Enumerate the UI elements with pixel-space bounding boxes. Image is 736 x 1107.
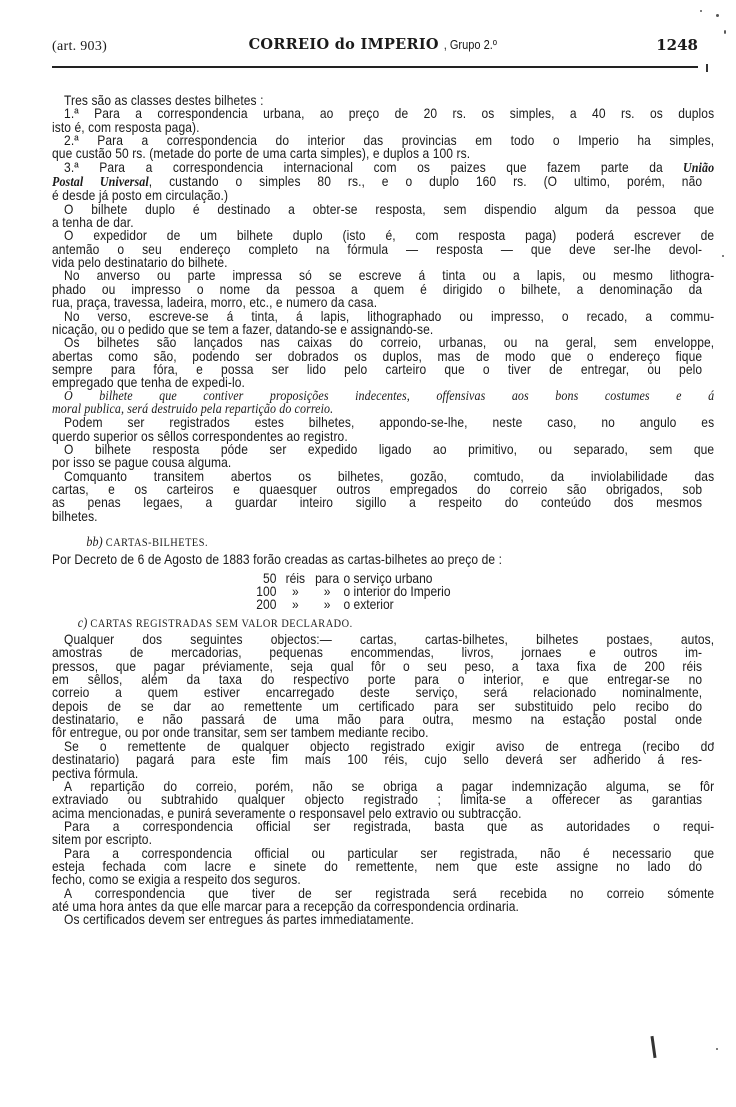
- paragraph: 2.ª Para a correspondencia do interior d…: [52, 134, 702, 161]
- section-title: CARTAS-BILHETES.: [106, 535, 208, 549]
- scan-speck: [724, 30, 726, 34]
- section-heading-c: c) CARTAS REGISTRADAS SEM VALOR DECLARAD…: [52, 616, 702, 630]
- paragraph: Por Decreto de 6 de Agosto de 1883 forão…: [52, 553, 702, 566]
- section-label: bb): [86, 535, 105, 550]
- margin-mark: [706, 64, 708, 72]
- text-line: Por Decreto de 6 de Agosto de 1883 forão…: [52, 553, 611, 566]
- price-unit: »: [276, 598, 314, 611]
- page-number: 1248: [656, 36, 698, 54]
- section-heading-line: c) CARTAS REGISTRADAS SEM VALOR DECLARAD…: [52, 616, 611, 630]
- paragraph: O bilhete resposta póde ser expedido lig…: [52, 443, 702, 470]
- paragraph: No verso, escreve-se á tinta, á lapis, l…: [52, 310, 702, 337]
- price-amount: 200: [242, 598, 276, 611]
- paragraph: No anverso ou parte impressa só se escre…: [52, 269, 702, 309]
- paragraph: A repartição do correio, porém, não se o…: [52, 780, 702, 820]
- section-heading-line: bb) CARTAS-BILHETES.: [52, 535, 611, 549]
- header-title-bold: CORREIO do IMPERIO: [249, 36, 439, 53]
- price-row: 100»»o interior do Imperio: [242, 585, 638, 598]
- paragraph: O bilhete que contiver proposições indec…: [52, 390, 702, 417]
- header-title-group: , Grupo 2.º: [444, 37, 497, 52]
- scan-speck: [716, 14, 719, 17]
- running-header: (art. 903) CORREIO do IMPERIO, Grupo 2.º…: [52, 36, 698, 58]
- text-line: bilhetes.: [52, 510, 611, 523]
- paragraph: Os certificados devem ser entregues ás p…: [52, 913, 702, 926]
- section-heading-bb: bb) CARTAS-BILHETES.: [52, 535, 702, 549]
- scan-speck: [722, 255, 724, 257]
- price-prep: »: [314, 598, 340, 611]
- section-title: CARTAS REGISTRADAS SEM VALOR DECLARADO.: [90, 616, 352, 630]
- paragraph: 1.ª Para a correspondencia urbana, ao pr…: [52, 107, 702, 134]
- price-description: o exterior: [340, 598, 394, 611]
- body-text: Tres são as classes destes bilhetes :1.ª…: [52, 94, 702, 927]
- text-line: as penas legaes, a guardar inteiro sigil…: [52, 496, 702, 509]
- paragraph: Podem ser registrados estes bilhetes, ap…: [52, 416, 702, 443]
- scan-speck: [712, 742, 714, 745]
- text-line: O bilhete duplo é destinado a obter-se r…: [52, 203, 714, 216]
- margin-ink-mark: [650, 1036, 656, 1058]
- paragraph: Para a correspondencia official ser regi…: [52, 820, 702, 847]
- paragraph: Qualquer dos seguintes objectos:— cartas…: [52, 633, 702, 740]
- paragraph: 3.ª Para a correspondencia internacional…: [52, 161, 702, 203]
- scan-speck: [700, 10, 702, 12]
- header-title: CORREIO do IMPERIO, Grupo 2.º: [52, 36, 698, 54]
- text-line: destinatario) pagará para este fim mais …: [52, 753, 702, 766]
- text-line: empregado que tenha de expedi-lo.: [52, 376, 611, 389]
- paragraph: Para a correspondencia official ou parti…: [52, 847, 702, 887]
- section-label: c): [78, 616, 91, 631]
- paragraph: Os bilhetes são lançados nas caixas do c…: [52, 336, 702, 389]
- header-rule: [52, 66, 698, 68]
- paragraph: Se o remettente de qualquer objecto regi…: [52, 740, 702, 780]
- paragraph: O bilhete duplo é destinado a obter-se r…: [52, 203, 702, 230]
- text-line: O bilhete que contiver proposições indec…: [52, 390, 714, 403]
- paragraph: O expedidor de um bilhete duplo (isto é,…: [52, 229, 702, 269]
- paragraph: Comquanto transitem abertos os bilhetes,…: [52, 470, 702, 523]
- price-table: 50réisparao serviço urbano100»»o interio…: [242, 572, 702, 612]
- text-line: Os certificados devem ser entregues ás p…: [52, 913, 611, 926]
- scan-speck: [716, 1048, 718, 1050]
- price-row: 200»»o exterior: [242, 598, 638, 611]
- scanned-page: (art. 903) CORREIO do IMPERIO, Grupo 2.º…: [0, 0, 736, 1107]
- paragraph: A correspondencia que tiver de ser regis…: [52, 887, 702, 914]
